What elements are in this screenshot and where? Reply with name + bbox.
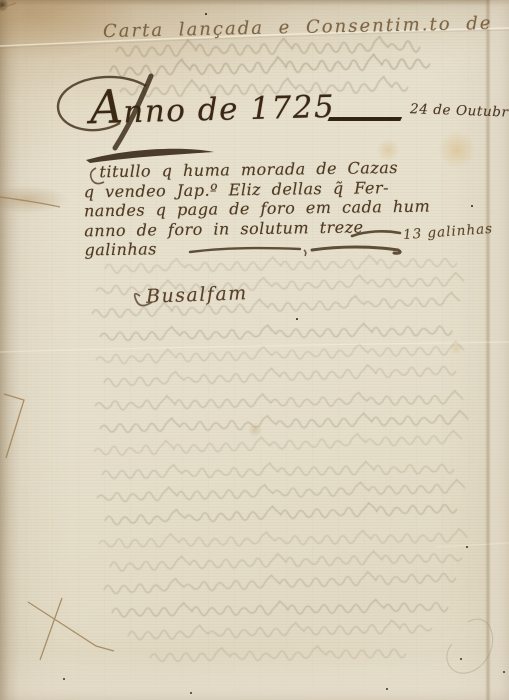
ghost-line [96, 341, 464, 364]
year-dash: — [324, 97, 406, 137]
ghost-line [100, 322, 452, 342]
ink-speck [63, 678, 65, 680]
date-note: 24 de Outubro [410, 101, 509, 121]
body-paragraph: titullo q huma morada de Cazas q vendeo … [83, 158, 429, 260]
ghost-line [128, 619, 432, 640]
ghost-line [104, 362, 456, 388]
ink-speck [460, 658, 462, 660]
ghost-line [97, 479, 465, 502]
ghost-line [105, 500, 457, 526]
header-inscription: Carta lançada e Consentim.to de [103, 13, 493, 42]
year-heading: Anno de 1725 [89, 81, 335, 133]
ghost-line [94, 430, 462, 456]
ink-speck [190, 692, 192, 694]
body-line: galinhas [84, 236, 429, 260]
ghost-line [95, 391, 463, 411]
ink-speck [471, 205, 473, 207]
ghost-line [150, 645, 406, 663]
ink-speck [205, 13, 207, 15]
ghost-line [112, 598, 448, 617]
ink-speck [503, 671, 505, 673]
ghost-line [100, 410, 468, 433]
ghost-line [104, 569, 456, 595]
ghost-line [102, 460, 454, 480]
ghost-line [110, 53, 430, 77]
ink-speck [386, 688, 388, 690]
place-heading: Busalfam [146, 282, 248, 308]
ink-speck [296, 318, 298, 320]
ghost-line [110, 549, 462, 572]
ink-speck [466, 546, 468, 548]
year-heading-text: Anno de 1725 [89, 81, 335, 133]
manuscript-page: Carta lançada e Consentim.to de Anno de … [0, 0, 509, 700]
ghost-line [99, 529, 467, 549]
